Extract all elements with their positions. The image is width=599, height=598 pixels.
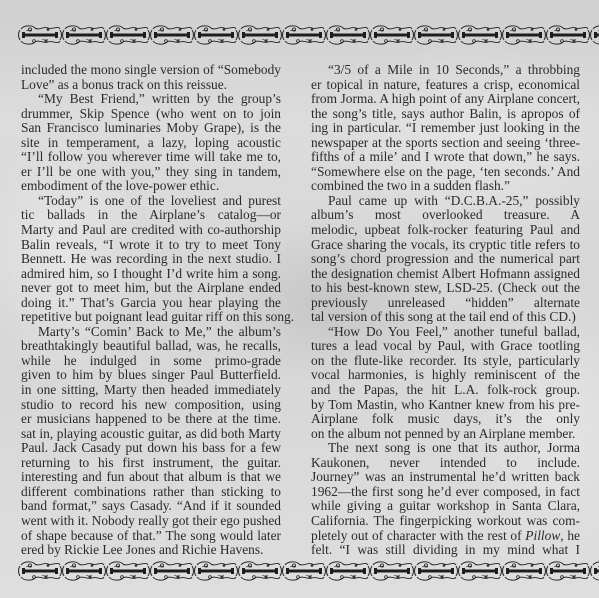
left-text-column: included the mono single version of “Som…	[21, 63, 281, 558]
text-line: “How Do You Feel,” another tuneful balla…	[311, 325, 580, 340]
text-line: given to him by blues singer Paul Butter…	[21, 368, 281, 383]
text-line: in one sitting, Marty then headed immedi…	[21, 383, 281, 398]
text-line: felt. “I was still dividing in my mind w…	[311, 543, 580, 558]
text-line: on the flute-like recorder. Its style, p…	[311, 354, 580, 369]
text-line: drummer, Skip Spence (who went on to joi…	[21, 107, 281, 122]
text-line: embodiment of the love-power ethic.	[21, 179, 281, 194]
text-line: San Francisco luminaries Moby Grape), is…	[21, 121, 281, 136]
album-title-italic: Pillow	[525, 529, 560, 543]
text-run: pletely out of character with the rest o…	[311, 529, 525, 543]
text-line: interesting and fun about that album is …	[21, 470, 281, 485]
text-line: Love” as a bonus track on this reissue.	[21, 78, 281, 93]
text-line: and the Papas, the hit L.A. folk-rock gr…	[311, 383, 580, 398]
text-line: tic ballads in the Airplane’s catalog—or…	[21, 208, 281, 223]
text-line: The next song is one that its author, Jo…	[311, 441, 580, 456]
text-line: doing it.” That’s Garcia you hear playin…	[21, 296, 281, 311]
text-line: Journey” was an instrumental he’d writte…	[311, 470, 580, 485]
text-line: while he indulged in some primo-grade ma…	[21, 354, 281, 369]
text-line: by Tom Mastin, who Kantner knew from his…	[311, 398, 580, 413]
text-line: band format,” says Casady. “And if it so…	[21, 499, 281, 514]
text-line: er I’ll be one with you,” they sing in t…	[21, 165, 281, 180]
text-line: Marty’s “Comin’ Back to Me,” the album’s…	[21, 325, 281, 340]
text-line: Paul came up with “D.C.B.A.-25,” possibl…	[311, 194, 580, 209]
text-line: from Jorma. A high point of any Airplane…	[311, 92, 580, 107]
text-line: different combinations rather than stick…	[21, 485, 281, 500]
text-line: repetitive but poignant lead guitar riff…	[21, 310, 281, 325]
text-line: combined the two in a sudden flash.”	[311, 179, 580, 194]
text-line: “My Best Friend,” written by the group’s…	[21, 92, 281, 107]
text-line: sat in, playing acoustic guitar, as did …	[21, 427, 281, 442]
text-line: Balin reveals, “I wrote it to try to mee…	[21, 238, 281, 253]
text-line: California. The fingerpicking workout wa…	[311, 514, 580, 529]
text-line: on the album not penned by an Airplane m…	[311, 427, 580, 442]
text-line: “Somewhere else on the page, ‘ten second…	[311, 165, 580, 180]
text-line: tures a lead vocal by Paul, with Grace t…	[311, 339, 580, 354]
text-line: while giving a guitar workshop in Santa …	[311, 499, 580, 514]
text-line: Grace sharing the vocals, its cryptic ti…	[311, 238, 580, 253]
text-run: , he	[560, 529, 580, 543]
text-line: the designation chemist Albert Hofmann a…	[311, 267, 580, 282]
text-line: Bennett. He was recording in the next st…	[21, 252, 281, 267]
text-line: album’s most overlooked treasure. A stra…	[311, 208, 580, 223]
text-line: “3/5 of a Mile in 10 Seconds,” a throbbi…	[311, 63, 580, 78]
text-line: “Today” is one of the loveliest and pure…	[21, 194, 281, 209]
text-line: tal version of this song at the tail end…	[311, 310, 580, 325]
text-line: “I’ll follow you wherever time will take…	[21, 150, 281, 165]
ornamental-border-bottom	[18, 560, 599, 582]
text-line: ered by Rickie Lee Jones and Richie Have…	[21, 543, 281, 558]
text-line: Paul. Jack Casady put down his bass for …	[21, 441, 281, 456]
text-line: Kaukonen, never intended to include. “Em…	[311, 456, 580, 471]
text-line: the song’s title, says author Balin, is …	[311, 107, 580, 122]
text-line: pletely out of character with the rest o…	[311, 529, 580, 544]
text-line: Airplane folk music days, it’s the only …	[311, 412, 580, 427]
text-line: admired him, so I thought I’d write him …	[21, 267, 281, 282]
text-line: to his best-known stew, LSD-25. (Check o…	[311, 281, 580, 296]
text-line: 1962—the first song he’d ever composed, …	[311, 485, 580, 500]
right-text-column: “3/5 of a Mile in 10 Seconds,” a throbbi…	[311, 63, 580, 558]
text-line: Marty and Paul are credited with co-auth…	[21, 223, 281, 238]
text-line: fifths of a mile’ and I wrote that down,…	[311, 150, 580, 165]
text-line: ing in particular. “I remember just look…	[311, 121, 580, 136]
text-line: returning to his first instrument, the g…	[21, 456, 281, 471]
ornamental-border-top	[18, 24, 599, 46]
text-line: went with it. Nobody really got their eg…	[21, 514, 281, 529]
text-line: included the mono single version of “Som…	[21, 63, 281, 78]
text-line: er musicians happened to be there at the…	[21, 412, 281, 427]
text-line: previously unreleased “hidden” alternate…	[311, 296, 580, 311]
text-line: breathtakingly beautiful ballad, was, he…	[21, 339, 281, 354]
text-line: er topical in nature, features a crisp, …	[311, 78, 580, 93]
text-line: song’s chord progression and the numeric…	[311, 252, 580, 267]
text-line: newspaper at the sports section and seei…	[311, 136, 580, 151]
text-line: studio to record his new composition, us…	[21, 398, 281, 413]
text-line: site in temperament, a lazy, loping acou…	[21, 136, 281, 151]
text-line: melodic, upbeat folk-rocker featuring Pa…	[311, 223, 580, 238]
text-line: of shape because of that.” The song woul…	[21, 529, 281, 544]
text-line: vocal harmonies, is highly reminiscent o…	[311, 368, 580, 383]
text-line: never got to meet him, but the Airplane …	[21, 281, 281, 296]
